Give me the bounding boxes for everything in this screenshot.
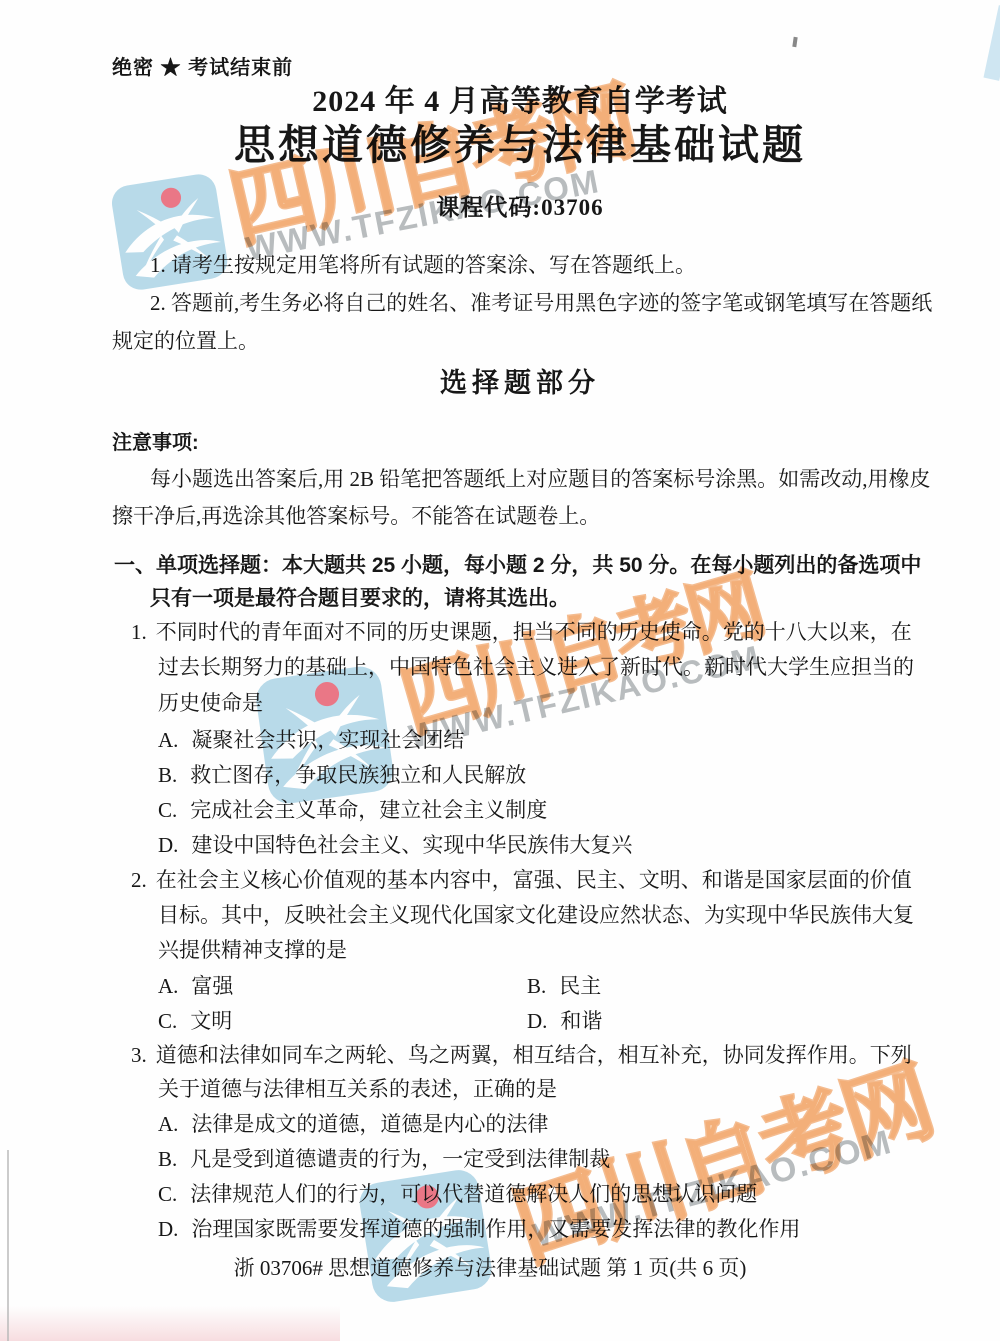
option-d-text: 建设中国特色社会主义、实现中华民族伟大复兴: [191, 833, 632, 857]
option-a-label: A.: [158, 727, 178, 754]
question-2-stem-line-3: 兴提供精神支撑的是: [158, 937, 347, 964]
option-a-label: A.: [158, 973, 178, 1000]
instruction-line-1: 1. 请考生按规定用笔将所有试题的答案涂、写在答题纸上。: [150, 252, 696, 279]
scan-edge-line: [7, 1150, 9, 1341]
option-a-label: A.: [158, 1111, 178, 1138]
question-2-stem-text: 在社会主义核心价值观的基本内容中，富强、民主、文明、和谐是国家层面的价值: [156, 868, 912, 892]
question-1-option-b: B.救亡图存，争取民族独立和人民解放: [158, 762, 526, 789]
question-1-option-c: C.完成社会主义革命，建立社会主义制度: [158, 797, 547, 824]
instruction-line-3: 规定的位置上。: [112, 328, 259, 355]
question-3-stem-line-2: 关于道德与法律相互关系的表述，正确的是: [158, 1076, 557, 1103]
option-b-label: B.: [158, 1146, 177, 1173]
option-d-label: D.: [158, 832, 178, 859]
part-one-heading-line-1: 一、单项选择题：本大题共 25 小题，每小题 2 分，共 50 分。在每小题列出…: [114, 552, 921, 579]
notice-heading: 注意事项:: [112, 430, 199, 457]
option-b-text: 民主: [559, 974, 601, 998]
notice-line-1: 每小题选出答案后,用 2B 铅笔把答题纸上对应题目的答案标号涂黑。如需改动,用橡…: [150, 466, 931, 493]
question-2-stem-line-1: 2.在社会主义核心价值观的基本内容中，富强、民主、文明、和谐是国家层面的价值: [131, 867, 912, 894]
scan-pink-smudge: [0, 1306, 340, 1341]
option-c-label: C.: [158, 797, 177, 824]
question-2-option-b: B.民主: [527, 973, 601, 1000]
question-1-option-d: D.建设中国特色社会主义、实现中华民族伟大复兴: [158, 832, 632, 859]
instruction-line-2: 2. 答题前,考生务必将自己的姓名、准考证号用黑色字迹的签字笔或钢笔填写在答题纸: [150, 290, 932, 317]
page-footer: 浙 03706# 思想道德修养与法律基础试题 第 1 页(共 6 页): [0, 1255, 980, 1282]
question-1-stem-line-3: 历史使命是: [158, 690, 263, 717]
scan-speck: [792, 37, 797, 47]
option-c-label: C.: [158, 1181, 177, 1208]
option-a-text: 富强: [191, 974, 233, 998]
option-b-label: B.: [527, 973, 546, 1000]
option-d-text: 和谐: [560, 1009, 602, 1033]
option-d-label: D.: [158, 1216, 178, 1243]
exam-paper-page: 四川自考网 WWW.TFZIKAO.COM 四川自考网 WWW.TFZIKAO.…: [0, 0, 1000, 1341]
sichuan-zikao-logo: [105, 164, 235, 305]
question-1-number: 1.: [131, 619, 147, 646]
security-classification: 绝密 ★ 考试结束前: [112, 55, 293, 82]
notice-line-2: 擦干净后,再选涂其他答案标号。不能答在试题卷上。: [112, 503, 600, 530]
question-2-option-a: A.富强: [158, 973, 233, 1000]
question-2-option-c: C.文明: [158, 1008, 232, 1035]
option-d-label: D.: [527, 1008, 547, 1035]
question-2-option-d: D.和谐: [527, 1008, 602, 1035]
option-c-text: 完成社会主义革命，建立社会主义制度: [190, 798, 547, 822]
scan-blue-sliver: [983, 5, 1000, 81]
option-b-text: 救亡图存，争取民族独立和人民解放: [190, 763, 526, 787]
section-title: 选择题部分: [60, 370, 980, 397]
sichuan-zikao-logo-icon: [105, 164, 234, 300]
question-2-stem-line-2: 目标。其中，反映社会主义现代化国家文化建设应然状态、为实现中华民族伟大复: [158, 902, 914, 929]
question-3-option-a: A.法律是成文的道德，道德是内心的法律: [158, 1111, 548, 1138]
question-3-number: 3.: [131, 1042, 147, 1069]
part-one-heading-line-2: 只有一项是最符合题目要求的，请将其选出。: [150, 585, 570, 612]
option-a-text: 法律是成文的道德，道德是内心的法律: [191, 1112, 548, 1136]
option-b-label: B.: [158, 762, 177, 789]
option-c-label: C.: [158, 1008, 177, 1035]
question-2-number: 2.: [131, 867, 147, 894]
option-c-text: 文明: [190, 1009, 232, 1033]
